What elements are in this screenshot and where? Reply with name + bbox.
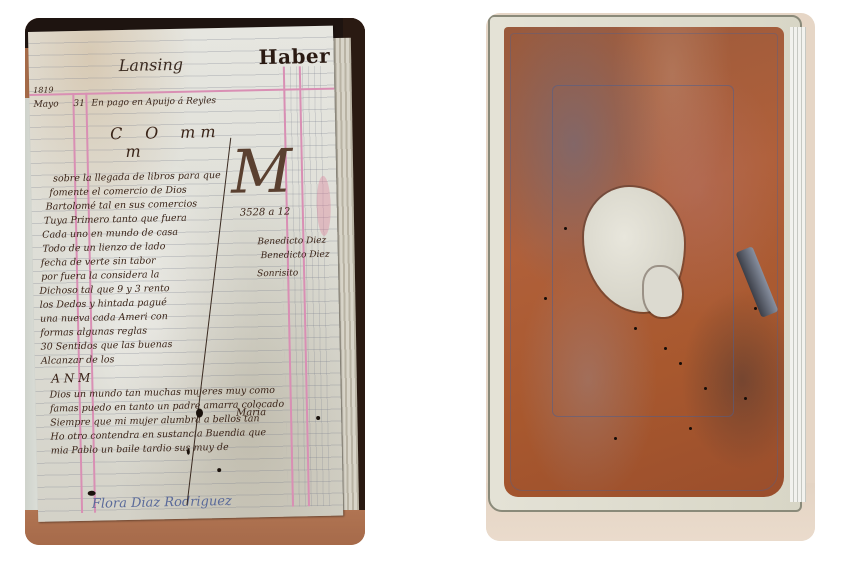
practice-letter: m m [180,122,216,142]
practice-letter: O [145,123,159,142]
ink-blot [217,468,221,472]
header-haber: Haber [258,44,330,69]
margin-note: Benedicto Diez [261,250,330,261]
margin-note: Benedicto Diez [257,236,326,247]
ledger-page: Haber Lansing 1819 Mayo 31 En pago en Ap… [28,26,343,522]
worm-hole [704,387,707,390]
worm-hole [664,347,667,350]
ink-blot [187,449,190,455]
worm-hole [614,437,617,440]
worm-hole [634,327,637,330]
ink-blot [196,408,203,417]
blue-signature: Flora Diaz Rodriguez [92,494,232,512]
worm-hole [564,227,567,230]
month: Mayo [33,99,58,110]
large-flourish-m: M [230,137,293,208]
worm-hole [679,362,682,365]
worm-hole [754,307,757,310]
year: 1819 [33,85,54,94]
book-board [488,15,802,512]
practice-letter: C [110,124,123,143]
plaster-patch [644,267,682,317]
day: 31 [73,99,85,109]
margin-note: Sonrisito [257,268,298,279]
ink-blot [316,416,320,420]
worm-hole [544,297,547,300]
ledger-photo: Haber Lansing 1819 Mayo 31 En pago en Ap… [25,18,365,545]
practice-letter: m [125,142,141,161]
header-lansing: Lansing [119,55,184,75]
footer-signature: Maria [236,407,266,419]
worm-hole [744,397,747,400]
page-edges [790,27,806,502]
worm-hole [689,427,692,430]
amount: 3528 a 12 [240,207,291,219]
leather-cover-photo [486,13,815,541]
leather-cover [504,27,784,497]
